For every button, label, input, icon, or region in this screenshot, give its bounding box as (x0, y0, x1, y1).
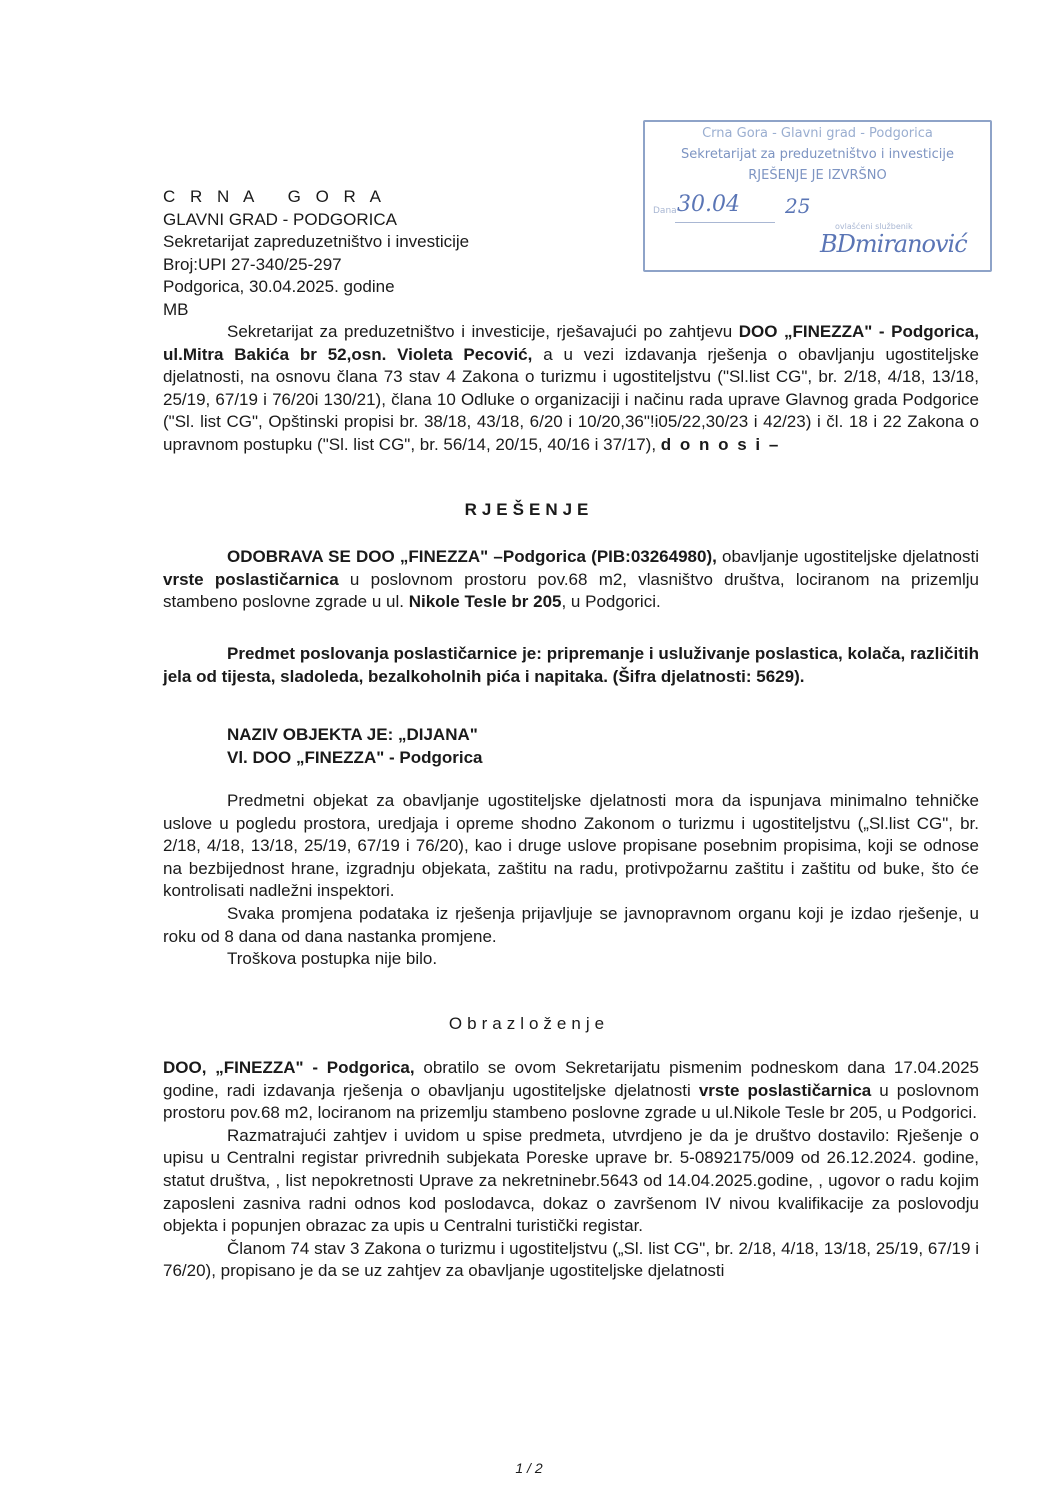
intro-donosi: d o n o s i – (661, 435, 781, 454)
header-number: Broj:UPI 27-340/25-297 (163, 254, 469, 277)
subject-text: Predmet poslovanja poslastičarnice je: p… (163, 643, 979, 688)
conditions-paragraph-1: Predmetni objekat za obavljanje ugostite… (163, 790, 979, 903)
stamp-line-3: RJEŠENJE JE IZVRŠNO (645, 168, 990, 183)
document-header: C R N A G O R A GLAVNI GRAD - PODGORICA … (163, 186, 469, 322)
header-city: GLAVNI GRAD - PODGORICA (163, 209, 469, 232)
decision-type: vrste poslastičarnica (163, 570, 339, 589)
decision-approval: ODOBRAVA SE DOO „FINEZZA" –Podgorica (PI… (227, 547, 717, 566)
object-name: NAZIV OBJEKTA JE: „DIJANA" (227, 724, 483, 747)
subject-paragraph: Predmet poslovanja poslastičarnice je: p… (163, 643, 979, 688)
conditions-section: Predmetni objekat za obavljanje ugostite… (163, 790, 979, 971)
stamp-handwritten-date: 30.04 (677, 192, 740, 217)
stamp-line-1: Crna Gora - Glavni grad - Podgorica (645, 126, 990, 141)
decision-heading: RJEŠENJE (0, 500, 1058, 520)
enforceability-stamp: Crna Gora - Glavni grad - Podgorica Sekr… (643, 120, 992, 272)
reasoning-heading: Obrazloženje (0, 1014, 1058, 1034)
header-country: C R N A G O R A (163, 186, 469, 209)
reasoning-paragraph-2: Razmatrajući zahtjev i uvidom u spise pr… (163, 1125, 979, 1238)
intro-paragraph: Sekretarijat za preduzetništvo i investi… (163, 321, 979, 457)
decision-paragraph: ODOBRAVA SE DOO „FINEZZA" –Podgorica (PI… (163, 546, 979, 614)
page-number: 1 / 2 (0, 1460, 1058, 1476)
decision-text-1: obavljanje ugostiteljske djelatnosti (717, 547, 979, 566)
reasoning-section: DOO, „FINEZZA" - Podgorica, obratilo se … (163, 1057, 979, 1283)
object-name-block: NAZIV OBJEKTA JE: „DIJANA" Vl. DOO „FINE… (227, 724, 483, 769)
stamp-date-line (675, 222, 775, 223)
intro-text-1: Sekretarijat za preduzetništvo i investi… (227, 322, 739, 341)
stamp-dana-label: Dana (653, 206, 677, 216)
decision-text-3: , u Podgorici. (561, 592, 660, 611)
conditions-paragraph-2: Svaka promjena podataka iz rješenja prij… (163, 903, 979, 948)
decision-address: Nikole Tesle br 205 (409, 592, 562, 611)
conditions-paragraph-3: Troškova postupka nije bilo. (163, 948, 979, 971)
header-initials: MB (163, 299, 469, 322)
reasoning-type: vrste poslastičarnica (699, 1081, 871, 1100)
stamp-line-2: Sekretarijat za preduzetništvo i investi… (645, 147, 990, 162)
object-owner: Vl. DOO „FINEZZA" - Podgorica (227, 747, 483, 770)
reasoning-applicant: DOO, „FINEZZA" - Podgorica, (163, 1058, 415, 1077)
header-place-date: Podgorica, 30.04.2025. godine (163, 276, 469, 299)
document-page: Crna Gora - Glavni grad - Podgorica Sekr… (0, 0, 1058, 1497)
header-department: Sekretarijat zapreduzetništvo i investic… (163, 231, 469, 254)
stamp-handwritten-year: 25 (785, 194, 810, 218)
reasoning-paragraph-3: Članom 74 stav 3 Zakona o turizmu i ugos… (163, 1238, 979, 1283)
stamp-signature: BDmiranović (820, 230, 967, 258)
